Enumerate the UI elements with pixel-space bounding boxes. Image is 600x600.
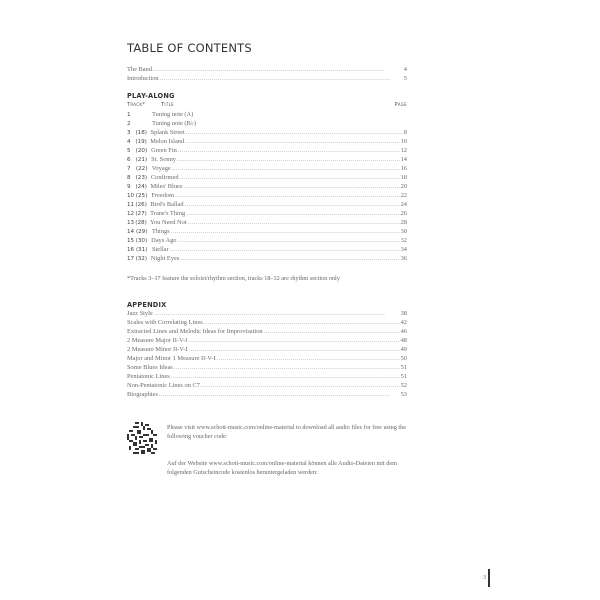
dot-leader xyxy=(183,182,399,191)
track-title: Freedom xyxy=(151,191,174,200)
track-page: 26 xyxy=(401,209,407,218)
page-title: TABLE OF CONTENTS xyxy=(127,41,252,55)
toc-entry: Introduction5 xyxy=(127,74,407,83)
track-row: 13(28)You Need Not28 xyxy=(127,218,407,227)
track-page: 18 xyxy=(401,173,407,182)
entry-title: 2 Measure Major II-V-I xyxy=(127,336,187,345)
dot-leader xyxy=(159,390,400,399)
footnote: *Tracks 3–17 feature the soloist/rhythm … xyxy=(127,275,340,282)
entry-title: Jazz Style xyxy=(127,309,153,318)
track-title: Trane's Thing xyxy=(150,209,185,218)
entry-page: 50 xyxy=(401,354,407,363)
track-page: 12 xyxy=(401,146,407,155)
track-row: 6(21)St. Sonny14 xyxy=(127,155,407,164)
dot-leader xyxy=(172,164,400,173)
track-row: 2Tuning note (B♭) xyxy=(127,119,407,128)
appendix-entry: 2 Measure Minor II-V-I49 xyxy=(127,345,407,354)
entry-page: 46 xyxy=(401,327,407,336)
track-title: You Need Not xyxy=(150,218,187,227)
qr-code-icon xyxy=(127,422,159,454)
track-page: 30 xyxy=(401,227,407,236)
entry-title: Pentatonic Lines xyxy=(127,372,170,381)
track-page: 10 xyxy=(401,137,407,146)
dot-leader xyxy=(175,191,400,200)
track-row: 1Tuning note (A) xyxy=(127,110,407,119)
dot-leader xyxy=(154,309,400,318)
dot-leader xyxy=(178,146,400,155)
track-title: Night Eyes xyxy=(151,254,180,263)
track-title: Voyage xyxy=(152,164,171,173)
track-title: Melon Island xyxy=(150,137,184,146)
appendix-entry: Major and Minor 1 Measure II-V-I50 xyxy=(127,354,407,363)
appendix-entry: 2 Measure Major II-V-I48 xyxy=(127,336,407,345)
entry-page: 49 xyxy=(401,345,407,354)
dot-leader xyxy=(188,218,400,227)
track-title: Green Fin xyxy=(151,146,177,155)
track-row: 16(31)Stellar34 xyxy=(127,245,407,254)
track-page: 28 xyxy=(401,218,407,227)
entry-title: Introduction xyxy=(127,74,159,83)
dot-leader xyxy=(171,227,400,236)
entry-page: 42 xyxy=(401,318,407,327)
entry-page: 51 xyxy=(401,363,407,372)
track-page: 36 xyxy=(401,254,407,263)
dot-leader xyxy=(189,345,400,354)
entry-page: 38 xyxy=(401,309,407,318)
dot-leader xyxy=(186,209,399,218)
appendix-heading: APPENDIX xyxy=(127,301,166,309)
column-track: Track* xyxy=(127,102,145,108)
dot-leader xyxy=(180,254,399,263)
entry-page: 53 xyxy=(401,390,407,399)
track-row: 8(23)Confirmed18 xyxy=(127,173,407,182)
track-title: St. Sonny xyxy=(151,155,176,164)
entry-title: 2 Measure Minor II-V-I xyxy=(127,345,188,354)
track-title: Miles' Blues xyxy=(150,182,182,191)
track-title: Tuning note (A) xyxy=(152,110,193,119)
page-edge-bar xyxy=(488,569,490,587)
entry-page: 51 xyxy=(401,372,407,381)
dot-leader xyxy=(186,128,403,137)
entry-title: The Band xyxy=(127,65,152,74)
dot-leader xyxy=(160,74,403,83)
column-page: Page xyxy=(394,102,407,108)
appendix-entry: Extracted Lines and Melodic Ideas for Im… xyxy=(127,327,407,336)
appendix-entry: Scales with Correlating Lines42 xyxy=(127,318,407,327)
track-row: 12(27)Trane's Thing26 xyxy=(127,209,407,218)
track-title: Bird's Ballad xyxy=(150,200,183,209)
dot-leader xyxy=(174,363,400,372)
alt-track-number: (32) xyxy=(136,255,151,264)
entry-page: 52 xyxy=(401,381,407,390)
entry-page: 4 xyxy=(404,65,407,74)
dot-leader xyxy=(217,354,400,363)
track-title: Things xyxy=(152,227,170,236)
track-page: 8 xyxy=(404,128,407,137)
page-number: 3 xyxy=(483,575,486,581)
entry-page: 5 xyxy=(404,74,407,83)
appendix-entry: Jazz Style38 xyxy=(127,309,407,318)
track-number: 17 xyxy=(127,255,136,264)
track-title: Confirmed xyxy=(151,173,179,182)
appendix-entry: Pentatonic Lines51 xyxy=(127,372,407,381)
track-page: 24 xyxy=(401,200,407,209)
dot-leader xyxy=(185,200,400,209)
dot-leader xyxy=(201,381,400,390)
track-title: Days Ago xyxy=(151,236,176,245)
dot-leader xyxy=(188,336,399,345)
track-row: 14(29)Things30 xyxy=(127,227,407,236)
track-page: 34 xyxy=(401,245,407,254)
voucher-text-english: Please visit www.schott-music.com/online… xyxy=(167,423,407,441)
appendix-entry: Biographies53 xyxy=(127,390,407,399)
dot-leader xyxy=(171,372,400,381)
track-row: 15(30)Days Ago32 xyxy=(127,236,407,245)
entry-title: Biographies xyxy=(127,390,158,399)
track-title: Tuning note (B♭) xyxy=(152,119,196,128)
entry-page: 48 xyxy=(401,336,407,345)
entry-title: Some Blues Ideas xyxy=(127,363,173,372)
track-row: 7(22)Voyage16 xyxy=(127,164,407,173)
dot-leader xyxy=(177,236,399,245)
dot-leader xyxy=(177,155,400,164)
dot-leader xyxy=(264,327,400,336)
dot-leader xyxy=(204,318,400,327)
dot-leader xyxy=(185,137,399,146)
track-row: 10(25)Freedom22 xyxy=(127,191,407,200)
toc-entry: The Band4 xyxy=(127,65,407,74)
entry-title: Scales with Correlating Lines xyxy=(127,318,203,327)
track-title: Splank Street xyxy=(151,128,185,137)
track-row: 11(26)Bird's Ballad24 xyxy=(127,200,407,209)
track-page: 20 xyxy=(401,182,407,191)
appendix-entry: Non-Pentatonic Lines on C752 xyxy=(127,381,407,390)
track-title: Stellar xyxy=(152,245,169,254)
entry-title: Extracted Lines and Melodic Ideas for Im… xyxy=(127,327,263,336)
play-along-heading: PLAY-ALONG xyxy=(127,92,175,100)
track-row: 4(19)Melon Island10 xyxy=(127,137,407,146)
track-row: 3(18)Splank Street8 xyxy=(127,128,407,137)
appendix-entry: Some Blues Ideas51 xyxy=(127,363,407,372)
entry-title: Non-Pentatonic Lines on C7 xyxy=(127,381,200,390)
dot-leader xyxy=(180,173,400,182)
track-page: 16 xyxy=(401,164,407,173)
column-title: Title xyxy=(161,102,174,108)
track-row: 17(32)Night Eyes36 xyxy=(127,254,407,263)
track-row: 9(24)Miles' Blues20 xyxy=(127,182,407,191)
track-row: 5(20)Green Fin12 xyxy=(127,146,407,155)
entry-title: Major and Minor 1 Measure II-V-I xyxy=(127,354,216,363)
dot-leader xyxy=(153,65,403,74)
voucher-text-german: Auf der Website www.schott-music.com/onl… xyxy=(167,459,407,477)
dot-leader xyxy=(170,245,400,254)
track-page: 22 xyxy=(401,191,407,200)
track-page: 32 xyxy=(401,236,407,245)
track-page: 14 xyxy=(401,155,407,164)
